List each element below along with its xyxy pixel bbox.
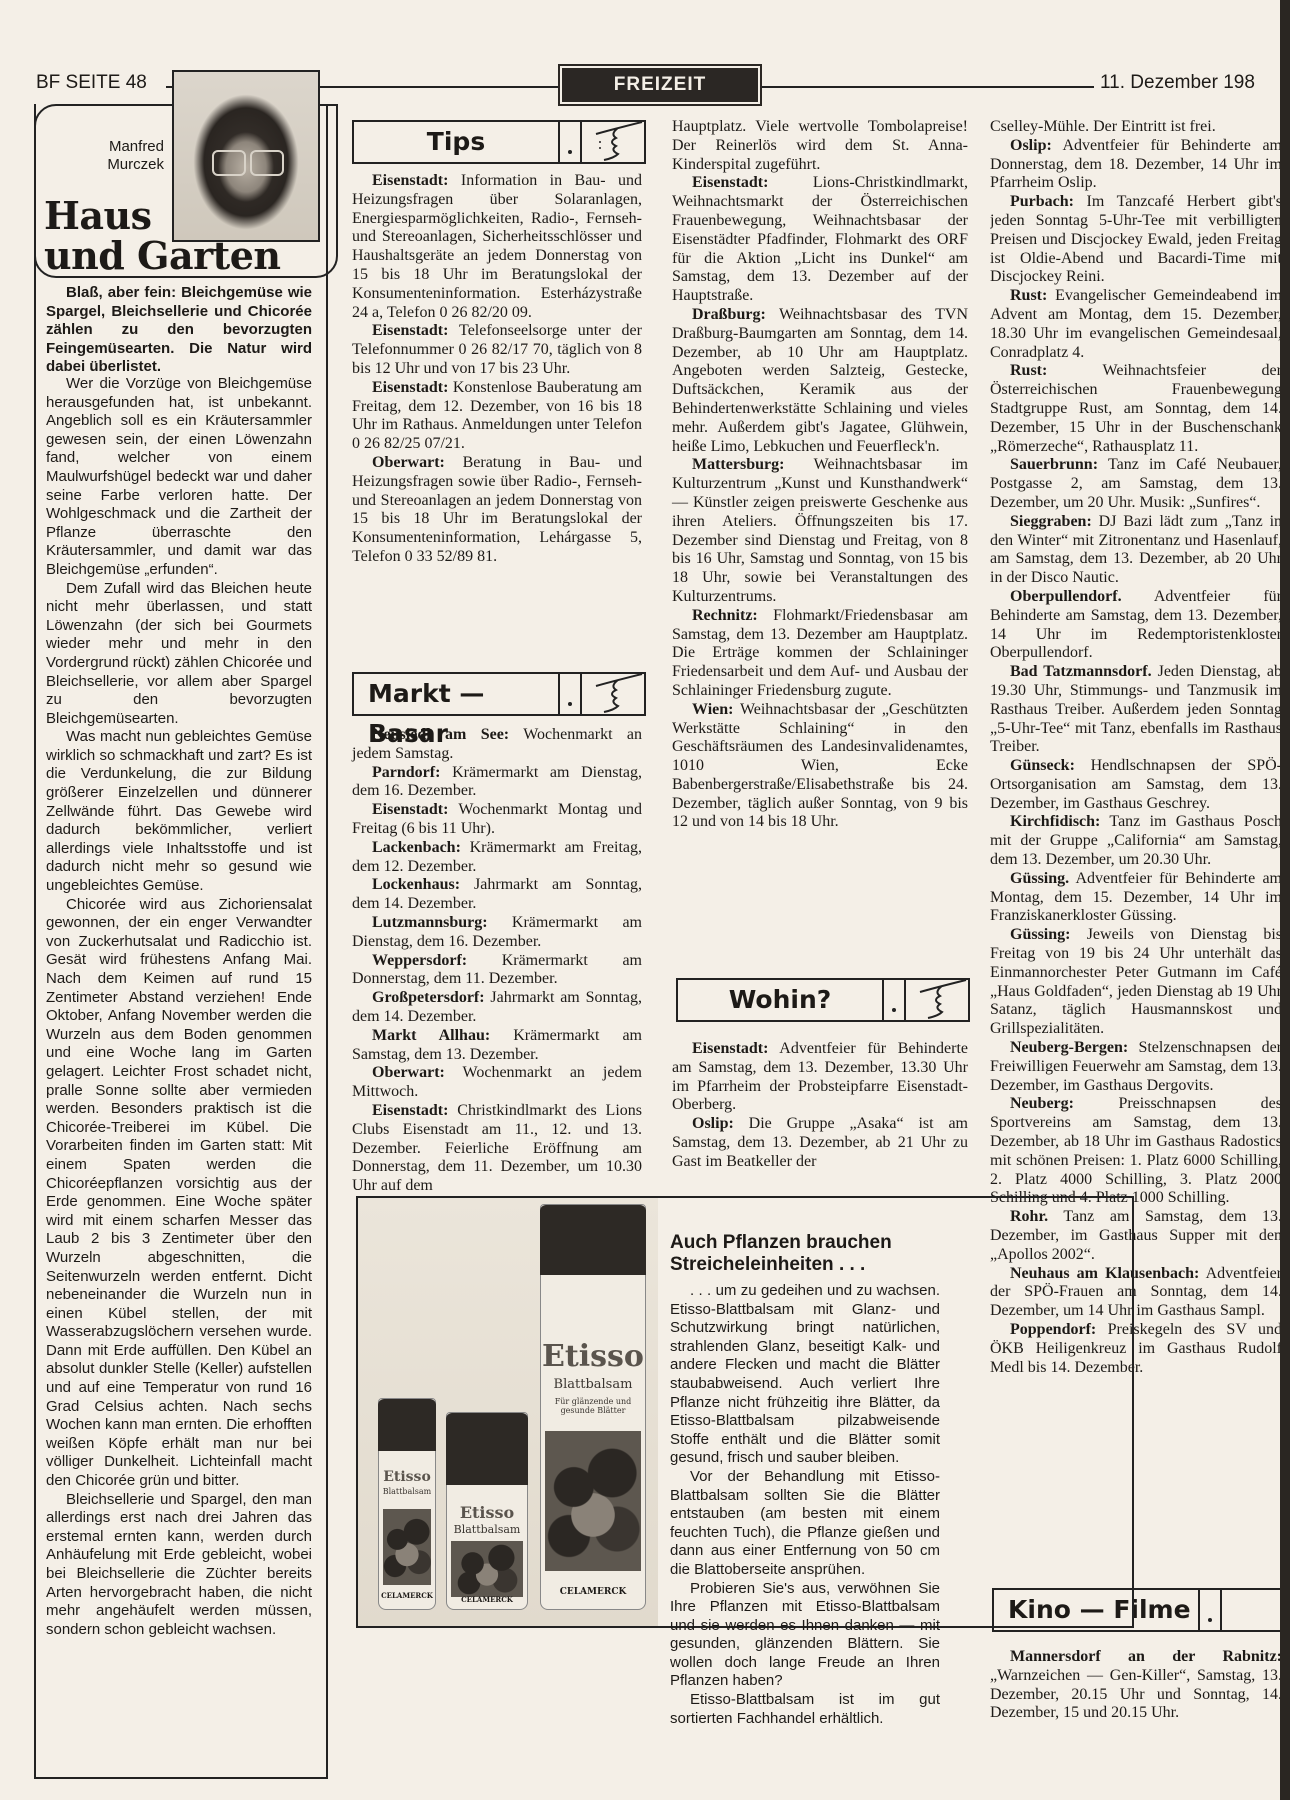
listing-place: Eisenstadt: bbox=[372, 172, 448, 189]
listing-place: Lockenhaus: bbox=[372, 876, 460, 893]
continuation-text: Cselley-Mühle. Der Eintritt ist frei. bbox=[990, 118, 1280, 137]
listing-item: Rechnitz: Flohmarkt/Friedensbasar am Sam… bbox=[672, 607, 968, 701]
wohin-header: Wohin? bbox=[676, 978, 970, 1022]
listing-item: Güssing: Jeweils von Dienstag bis Freita… bbox=[990, 926, 1280, 1039]
section-badge: FREIZEIT bbox=[562, 68, 758, 102]
can-cap bbox=[540, 1205, 646, 1275]
column-title: Haus und Garten bbox=[44, 196, 281, 276]
spray-can-small: Etisso Blattbalsam CELAMERCK bbox=[378, 1398, 436, 1610]
kino-list: Mannersdorf an der Rabnitz: „Warnzeichen… bbox=[990, 1648, 1280, 1723]
listing-item: Oslip: Adventfeier für Behinderte am Don… bbox=[990, 137, 1280, 193]
listing-item: Eisenstadt: Lions-Christkindlmarkt, Weih… bbox=[672, 174, 968, 306]
listing-item: Parndorf: Krämermarkt am Dienstag, dem 1… bbox=[352, 764, 642, 802]
listing-place: Oberwart: bbox=[372, 454, 445, 471]
listing-item: Purbach: Im Tanzcafé Herbert gibt's jede… bbox=[990, 193, 1280, 287]
listing-place: Wien: bbox=[692, 701, 733, 718]
listing-item: Markt Allhau: Krämermarkt am Samstag, de… bbox=[352, 1027, 642, 1065]
listing-place: Bad Tatzmannsdorf. bbox=[1010, 663, 1152, 680]
plant-illustration bbox=[451, 1541, 523, 1597]
advertorial-text: Auch Pflanzen brauchen Streicheleinheite… bbox=[670, 1232, 940, 1728]
header-rule-left bbox=[316, 86, 560, 88]
listing-place: Weppersdorf: bbox=[372, 952, 467, 969]
listing-item: Sauerbrunn: Tanz im Café Neubauer, Postg… bbox=[990, 456, 1280, 512]
plant-illustration bbox=[545, 1431, 641, 1571]
listing-place: Lutzmannsburg: bbox=[372, 914, 488, 931]
pointing-hand-icon bbox=[582, 674, 644, 714]
listing-place: Mannersdorf an der Rabnitz: bbox=[1010, 1648, 1280, 1665]
listing-place: Kirchfidisch: bbox=[1010, 813, 1100, 830]
listing-item: Großpetersdorf: Jahrmarkt am Sonntag, de… bbox=[352, 989, 642, 1027]
bullet-dot-icon bbox=[1198, 1590, 1222, 1630]
advertorial-paragraph: Vor der Behandlung mit Etisso-Blattbalsa… bbox=[670, 1468, 940, 1580]
bullet-dot-icon bbox=[558, 122, 582, 162]
article-paragraph: Bleichsellerie und Spargel, den man alle… bbox=[46, 1491, 312, 1640]
listing-place: Oberwart: bbox=[372, 1064, 445, 1081]
author-last-name: Murczek bbox=[92, 156, 164, 174]
author-first-name: Manfred bbox=[92, 138, 164, 156]
listing-place: Großpetersdorf: bbox=[372, 989, 485, 1006]
listing-item: Rust: Weihnachtsfeier der Österreichisch… bbox=[990, 362, 1280, 456]
listing-text: Weihnachtsbasar der „Geschützten Werkstä… bbox=[672, 701, 968, 831]
listing-place: Mattersburg: bbox=[692, 456, 784, 473]
article-body: Wer die Vorzüge von Bleichgemüse herausg… bbox=[46, 375, 312, 1639]
listing-place: Rechnitz: bbox=[692, 607, 758, 624]
listing-item: Lockenhaus: Jahrmarkt am Sonntag, dem 14… bbox=[352, 876, 642, 914]
can-maker: CELAMERCK bbox=[447, 1595, 527, 1604]
listing-place: Neuberg: bbox=[1010, 1095, 1074, 1112]
advertorial-paragraph: Etisso-Blattbalsam ist im gut sortierten… bbox=[670, 1691, 940, 1728]
listing-item: Oberpullendorf. Adventfeier für Behinder… bbox=[990, 588, 1280, 663]
listing-place: Oslip: bbox=[1010, 137, 1052, 154]
listing-item: Eisenstadt: Wochenmarkt Montag und Freit… bbox=[352, 801, 642, 839]
listing-place: Eisenstadt: bbox=[372, 801, 448, 818]
tips-header: Tips bbox=[352, 120, 646, 164]
advertorial-paragraph: . . . um zu gedeihen und zu wachsen. Eti… bbox=[670, 1282, 940, 1468]
column-3-list: Hauptplatz. Viele wertvolle Tombolapreis… bbox=[672, 118, 968, 832]
article-paragraph: Was macht nun gebleichtes Gemüse wirklic… bbox=[46, 728, 312, 895]
listing-item: Mattersburg: Weihnachtsbasar im Kulturze… bbox=[672, 456, 968, 606]
product-photo: Etisso Blattbalsam CELAMERCK Etisso Blat… bbox=[358, 1198, 658, 1626]
pointing-hand-icon bbox=[1222, 1590, 1280, 1630]
advertorial-paragraph: Probieren Sie's aus, verwöhnen Sie Ihre … bbox=[670, 1580, 940, 1692]
can-maker: CELAMERCK bbox=[541, 1587, 645, 1597]
wohin-list: Eisenstadt: Adventfeier für Behinderte a… bbox=[672, 1040, 968, 1172]
advertorial-box: Etisso Blattbalsam CELAMERCK Etisso Blat… bbox=[356, 1196, 1134, 1628]
listing-item: Günseck: Hendlschnapsen der SPÖ-Ortsorga… bbox=[990, 757, 1280, 813]
pointing-hand-icon bbox=[906, 980, 968, 1020]
listing-place: Rust: bbox=[1010, 287, 1047, 304]
header-rule-right bbox=[762, 86, 1094, 88]
listing-item: Eisenstadt: Christkindlmarkt des Lions C… bbox=[352, 1102, 642, 1196]
listing-item: Neusiedl am See: Wochenmarkt an jedem Sa… bbox=[352, 726, 642, 764]
listing-text: Information in Bau- und Heizungsfragen ü… bbox=[352, 172, 642, 321]
listing-item: Wien: Weihnachtsbasar der „Geschützten W… bbox=[672, 701, 968, 833]
can-cap bbox=[446, 1413, 528, 1485]
markt-header: Markt — Basar bbox=[352, 672, 646, 716]
listing-place: Eisenstadt: bbox=[692, 174, 768, 191]
listing-item: Kirchfidisch: Tanz im Gasthaus Posch mit… bbox=[990, 813, 1280, 869]
can-cap bbox=[378, 1399, 436, 1451]
listing-place: Neusiedl am See: bbox=[372, 726, 509, 743]
listing-place: Purbach: bbox=[1010, 193, 1074, 210]
can-product-name: Blattbalsam bbox=[541, 1377, 645, 1392]
article-paragraph: Wer die Vorzüge von Bleichgemüse herausg… bbox=[46, 375, 312, 580]
listing-place: Eisenstadt: bbox=[372, 1102, 448, 1119]
listing-place: Eisenstadt: bbox=[372, 379, 448, 396]
listing-item: Sieggraben: DJ Bazi lädt zum „Tanz in de… bbox=[990, 513, 1280, 588]
listing-place: Oberpullendorf. bbox=[1010, 588, 1122, 605]
listing-item: Weppersdorf: Krämermarkt am Donnerstag, … bbox=[352, 952, 642, 990]
listing-item: Eisenstadt: Telefonseelsorge unter der T… bbox=[352, 322, 642, 378]
listing-place: Güssing. bbox=[1010, 870, 1069, 887]
column-title-line1: Haus bbox=[44, 196, 281, 236]
advertorial-body: . . . um zu gedeihen und zu wachsen. Eti… bbox=[670, 1282, 940, 1728]
listing-item: Neuberg-Bergen: Stelzenschnapsen der Fre… bbox=[990, 1039, 1280, 1095]
bullet-dot-icon bbox=[558, 674, 582, 714]
article-lede: Blaß, aber fein: Bleichgemüse wie Sparge… bbox=[46, 284, 312, 377]
listing-text: Lions-Christkindlmarkt, Weihnachtsmarkt … bbox=[672, 174, 968, 304]
listing-place: Rust: bbox=[1010, 362, 1047, 379]
tips-list: Eisenstadt: Information in Bau- und Heiz… bbox=[352, 172, 642, 567]
page-label: BF SEITE 48 bbox=[36, 72, 147, 94]
glasses-lens-left bbox=[212, 150, 246, 176]
tips-heading: Tips bbox=[354, 122, 558, 162]
listing-place: Eisenstadt: bbox=[372, 322, 448, 339]
newspaper-page: BF SEITE 48 FREIZEIT 11. Dezember 198 Ma… bbox=[0, 0, 1280, 1800]
page-fold-shadow bbox=[1280, 0, 1290, 1800]
listing-item: Eisenstadt: Information in Bau- und Heiz… bbox=[352, 172, 642, 322]
can-product-name: Blattbalsam bbox=[447, 1523, 527, 1536]
pointing-hand-icon bbox=[582, 122, 644, 162]
listing-item: Oberwart: Wochenmarkt an jedem Mittwoch. bbox=[352, 1064, 642, 1102]
listing-item: Eisenstadt: Konstenlose Bauberatung am F… bbox=[352, 379, 642, 454]
column-4-list: Cselley-Mühle. Der Eintritt ist frei. Os… bbox=[990, 118, 1280, 1377]
listing-item: Neuberg: Preisschnapsen des Sportvereins… bbox=[990, 1095, 1280, 1208]
wohin-heading: Wohin? bbox=[678, 980, 882, 1020]
can-brand: Etisso bbox=[379, 1469, 435, 1485]
listing-place: Eisenstadt: bbox=[692, 1040, 768, 1057]
continuation-text: Hauptplatz. Viele wertvolle Tombolapreis… bbox=[672, 118, 968, 174]
can-tagline: Für glänzende und gesunde Blätter bbox=[541, 1397, 645, 1415]
listing-item: Mannersdorf an der Rabnitz: „Warnzeichen… bbox=[990, 1648, 1280, 1723]
can-maker: CELAMERCK bbox=[379, 1591, 435, 1600]
listing-place: Lackenbach: bbox=[372, 839, 461, 856]
spray-can-large: Etisso Blattbalsam Für glänzende und ges… bbox=[540, 1204, 646, 1610]
listing-item: Draßburg: Weihnachtsbasar des TVN Draßbu… bbox=[672, 306, 968, 456]
listing-item: Lackenbach: Krämermarkt am Freitag, dem … bbox=[352, 839, 642, 877]
listing-item: Lutzmannsburg: Krämermarkt am Dienstag, … bbox=[352, 914, 642, 952]
listing-place: Neuberg-Bergen: bbox=[1010, 1039, 1128, 1056]
can-brand: Etisso bbox=[447, 1503, 527, 1522]
author-byline: Manfred Murczek bbox=[92, 138, 164, 174]
article-paragraph: Dem Zufall wird das Bleichen heute nicht… bbox=[46, 580, 312, 729]
column-title-line2: und Garten bbox=[44, 236, 281, 276]
article-paragraph: Chicorée wird aus Zichoriensalat gewonne… bbox=[46, 896, 312, 1491]
listing-place: Draßburg: bbox=[692, 306, 766, 323]
listing-item: Bad Tatzmannsdorf. Jeden Dienstag, ab 19… bbox=[990, 663, 1280, 757]
glasses-lens-right bbox=[250, 150, 284, 176]
can-product-name: Blattbalsam bbox=[379, 1487, 435, 1496]
listing-text: „Warnzeichen — Gen-Killer“, Samstag, 13.… bbox=[990, 1667, 1280, 1722]
listing-place: Parndorf: bbox=[372, 764, 440, 781]
listing-place: Günseck: bbox=[1010, 757, 1075, 774]
listing-place: Sieggraben: bbox=[1010, 513, 1092, 530]
listing-item: Oberwart: Beratung in Bau- und Heizungsf… bbox=[352, 454, 642, 567]
listing-place: Markt Allhau: bbox=[372, 1027, 490, 1044]
listing-item: Güssing. Adventfeier für Behinderte am M… bbox=[990, 870, 1280, 926]
listing-place: Sauerbrunn: bbox=[1010, 456, 1098, 473]
listing-place: Güssing: bbox=[1010, 926, 1070, 943]
listing-item: Eisenstadt: Adventfeier für Behinderte a… bbox=[672, 1040, 968, 1115]
listing-item: Oslip: Die Gruppe „Asaka“ ist am Samstag… bbox=[672, 1115, 968, 1171]
spray-can-medium: Etisso Blattbalsam CELAMERCK bbox=[446, 1412, 528, 1610]
bullet-dot-icon bbox=[882, 980, 906, 1020]
markt-list: Neusiedl am See: Wochenmarkt an jedem Sa… bbox=[352, 726, 642, 1196]
advertorial-title: Auch Pflanzen brauchen Streicheleinheite… bbox=[670, 1232, 940, 1276]
issue-date: 11. Dezember 198 bbox=[1100, 72, 1255, 94]
markt-heading: Markt — Basar bbox=[354, 674, 558, 714]
can-brand: Etisso bbox=[541, 1339, 645, 1374]
plant-illustration bbox=[383, 1509, 431, 1585]
listing-item: Rust: Evangelischer Gemeindeabend im Adv… bbox=[990, 287, 1280, 362]
listing-text: Weihnachtsbasar im Kulturzentrum „Kunst … bbox=[672, 456, 968, 605]
listing-text: Weihnachtsbasar des TVN Draßburg-Baumgar… bbox=[672, 306, 968, 455]
listing-place: Oslip: bbox=[692, 1115, 734, 1132]
